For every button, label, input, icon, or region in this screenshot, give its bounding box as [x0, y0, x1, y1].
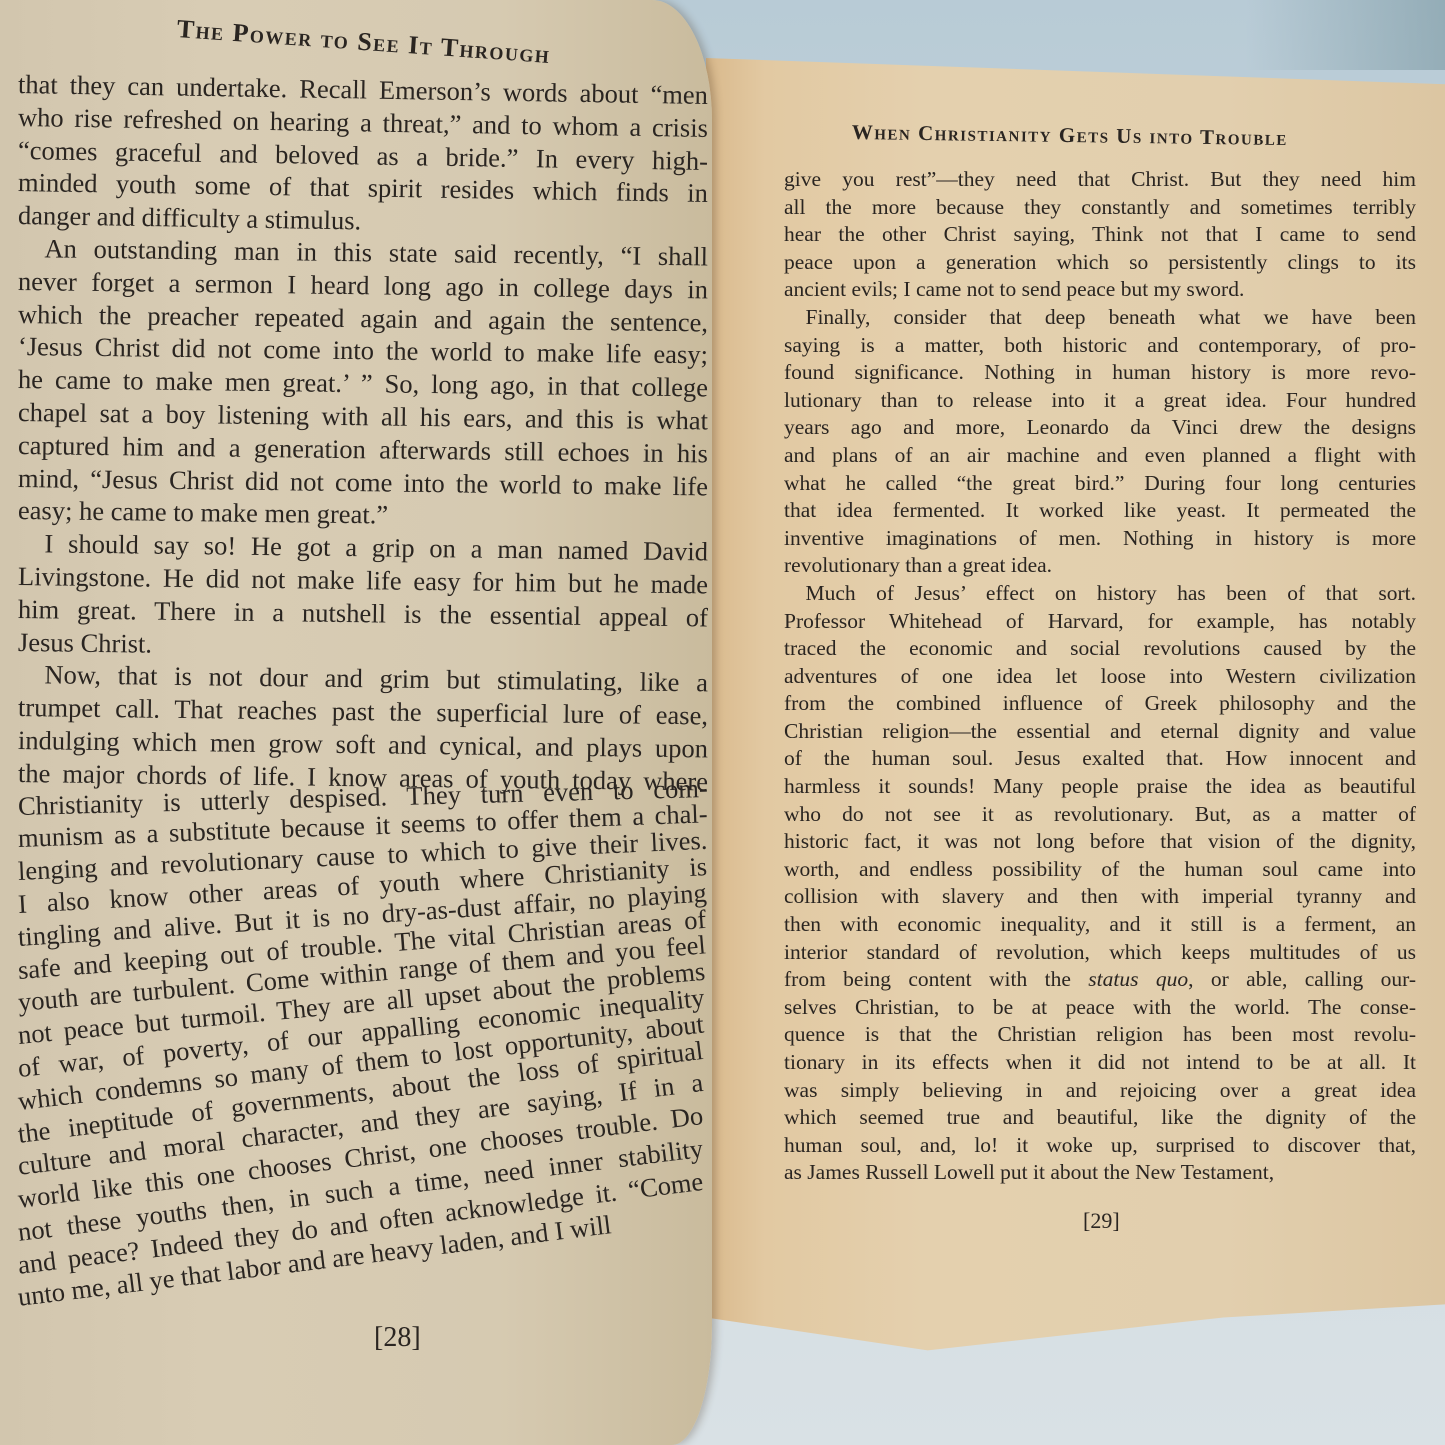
- text-line: from the combined influence of Greek phi…: [784, 690, 1416, 718]
- text-line: harmless it sounds! Many people praise t…: [784, 773, 1416, 801]
- text-line: then with economic inequality, and it st…: [784, 911, 1416, 939]
- italic-text: status quo: [1088, 967, 1188, 991]
- text-line: from being content with the status quo, …: [784, 966, 1416, 994]
- right-page-body: give you rest”—they need that Christ. Bu…: [784, 166, 1416, 1187]
- text-line: Professor Whitehead of Harvard, for exam…: [784, 608, 1416, 636]
- text-line: quence is that the Christian religion ha…: [784, 1021, 1416, 1049]
- text-line: traced the economic and social revolutio…: [784, 635, 1416, 663]
- text-line: which seemed true and beautiful, like th…: [784, 1104, 1416, 1132]
- text-line: what he called “the great bird.” During …: [784, 470, 1416, 498]
- right-page-number: [29]: [1083, 1208, 1120, 1234]
- text-line: adventures of one idea let loose into We…: [784, 663, 1416, 691]
- text-line: hear the other Christ saying, Think not …: [784, 221, 1416, 249]
- left-page-body: that they can undertake. Recall Emerson’…: [18, 68, 708, 1314]
- text-line: all the more because they constantly and…: [784, 194, 1416, 222]
- text-line: that idea fermented. It worked like yeas…: [784, 497, 1416, 525]
- text-line: interior standard of revolution, which k…: [784, 939, 1416, 967]
- text-line: years ago and more, Leonardo da Vinci dr…: [784, 414, 1416, 442]
- text-line: selves Christian, to be at peace with th…: [784, 994, 1416, 1022]
- text-line: found significance. Nothing in human his…: [784, 359, 1416, 387]
- text-line: Much of Jesus’ effect on history has bee…: [784, 580, 1416, 608]
- text-line: peace upon a generation which so persist…: [784, 249, 1416, 277]
- text-line: give you rest”—they need that Christ. Bu…: [784, 166, 1416, 194]
- text-line: ancient evils; I came not to send peace …: [784, 276, 1416, 304]
- text-line: human soul, and, lo! it woke up, surpris…: [784, 1132, 1416, 1160]
- text-line: was simply believing in and rejoicing ov…: [784, 1077, 1416, 1105]
- text-line: lutionary than to release into it a grea…: [784, 387, 1416, 415]
- text-line: worth, and endless possibility of the hu…: [784, 856, 1416, 884]
- text-line: Finally, consider that deep beneath what…: [784, 304, 1416, 332]
- text-line: of the human soul. Jesus exalted that. H…: [784, 745, 1416, 773]
- text-line: collision with slavery and then with imp…: [784, 883, 1416, 911]
- background-table: [1245, 0, 1445, 70]
- text-line: as James Russell Lowell put it about the…: [784, 1159, 1416, 1187]
- text-line: tionary in its effects when it did not i…: [784, 1049, 1416, 1077]
- text-line: saying is a matter, both historic and co…: [784, 332, 1416, 360]
- text-line: and plans of an air machine and even pla…: [784, 442, 1416, 470]
- text-line: inventive imaginations of men. Nothing i…: [784, 525, 1416, 553]
- text-line: Christian religion—the essential and ete…: [784, 718, 1416, 746]
- text-line: who do not see it as revolutionary. But,…: [784, 801, 1416, 829]
- text-line: revolutionary than a great idea.: [784, 552, 1416, 580]
- text-line: historic fact, it was not long before th…: [784, 828, 1416, 856]
- left-page-number: [28]: [374, 1322, 421, 1354]
